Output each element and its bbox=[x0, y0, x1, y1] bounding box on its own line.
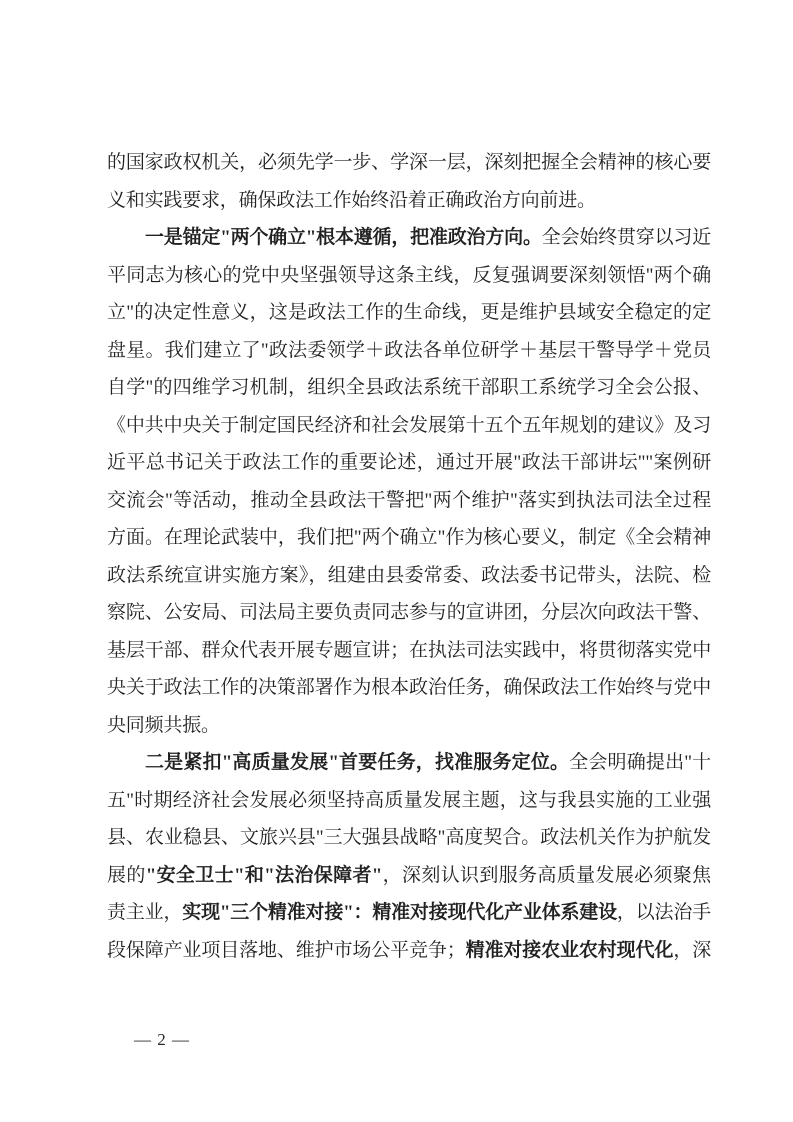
text-line: 近平总书记关于政法工作的重要论述，通过开展"政法干部讲坛""案例研讨 bbox=[107, 444, 711, 482]
text-segment: 近平总书记关于政法工作的重要论述，通过开展"政法干部讲坛""案例研讨 bbox=[107, 452, 711, 482]
text-line: 一是锚定"两个确立"根本遵循，把准政治方向。全会始终贯穿以习近 bbox=[107, 219, 711, 257]
page-number: — 2 — bbox=[134, 1030, 190, 1050]
text-line: 央关于政法工作的决策部署作为根本政治任务，确保政法工作始终与党中 bbox=[107, 669, 711, 707]
document-body: 的国家政权机关，必须先学一步、学深一层，深刻把握全会精神的核心要义和实践要求，确… bbox=[107, 144, 711, 969]
text-line: 《中共中央关于制定国民经济和社会发展第十五个五年规划的建议》及习 bbox=[107, 407, 711, 445]
text-segment: 自学"的四维学习机制，组织全县政法系统干部职工系统学习全会公报、 bbox=[107, 377, 711, 398]
bold-text-segment: "安全卫士"和"法治保障者" bbox=[146, 865, 382, 886]
text-segment: 全会始终贯穿以习近 bbox=[542, 227, 711, 248]
bold-text-segment: 精准对接农业农村现代化 bbox=[466, 940, 674, 961]
text-line: 盘星。我们建立了"政法委领学＋政法各单位研学＋基层干警导学＋党员 bbox=[107, 332, 711, 370]
bold-text-segment: 实现"三个精准对接"：精准对接现代化产业体系建设 bbox=[182, 902, 617, 923]
text-segment: 察院、公安局、司法局主要负责同志参与的宣讲团，分层次向政法干警、 bbox=[107, 602, 711, 623]
text-segment: 平同志为核心的党中央坚强领导这条主线，反复强调要深刻领悟"两个确 bbox=[107, 265, 711, 286]
text-segment: ，深 bbox=[673, 940, 711, 961]
text-line: 立"的决定性意义，这是政法工作的生命线，更是维护县域安全稳定的定 bbox=[107, 294, 711, 332]
text-line: 义和实践要求，确保政法工作始终沿着正确政治方向前进。 bbox=[107, 182, 711, 220]
text-segment: 责主业， bbox=[107, 902, 182, 923]
text-segment: 盘星。我们建立了"政法委领学＋政法各单位研学＋基层干警导学＋党员 bbox=[107, 340, 711, 361]
text-segment: 展的 bbox=[107, 865, 146, 886]
document-page: 的国家政权机关，必须先学一步、学深一层，深刻把握全会精神的核心要义和实践要求，确… bbox=[0, 0, 793, 1122]
text-segment: 五"时期经济社会发展必须坚持高质量发展主题，这与我县实施的工业强 bbox=[107, 790, 711, 811]
text-segment: 央同频共振。 bbox=[107, 715, 220, 736]
text-line: 平同志为核心的党中央坚强领导这条主线，反复强调要深刻领悟"两个确 bbox=[107, 257, 711, 295]
text-segment: 县、农业稳县、文旅兴县"三大强县战略"高度契合。政法机关作为护航发 bbox=[107, 827, 711, 848]
text-line: 方面。在理论武装中，我们把"两个确立"作为核心要义，制定《全会精神 bbox=[107, 519, 711, 557]
text-line: 的国家政权机关，必须先学一步、学深一层，深刻把握全会精神的核心要 bbox=[107, 144, 711, 182]
text-line: 交流会"等活动，推动全县政法干警把"两个维护"落实到执法司法全过程各 bbox=[107, 482, 711, 520]
text-segment: ，以法治手 bbox=[617, 902, 711, 923]
text-line: 五"时期经济社会发展必须坚持高质量发展主题，这与我县实施的工业强 bbox=[107, 782, 711, 820]
page-number-label: — 2 — bbox=[134, 1030, 190, 1049]
text-segment: 的国家政权机关，必须先学一步、学深一层，深刻把握全会精神的核心要 bbox=[107, 152, 711, 173]
text-segment: 段保障产业项目落地、维护市场公平竞争； bbox=[107, 940, 466, 961]
text-segment: 央关于政法工作的决策部署作为根本政治任务，确保政法工作始终与党中 bbox=[107, 677, 711, 698]
text-line: 二是紧扣"高质量发展"首要任务，找准服务定位。全会明确提出"十五 bbox=[107, 744, 711, 782]
text-segment: 义和实践要求，确保政法工作始终沿着正确政治方向前进。 bbox=[107, 190, 596, 211]
text-line: 县、农业稳县、文旅兴县"三大强县战略"高度契合。政法机关作为护航发 bbox=[107, 819, 711, 857]
bold-text-segment: 一是锚定"两个确立"根本遵循，把准政治方向。 bbox=[145, 227, 542, 248]
text-segment: 方面。在理论武装中，我们把"两个确立"作为核心要义，制定《全会精神 bbox=[107, 527, 711, 548]
bold-text-segment: 二是紧扣"高质量发展"首要任务，找准服务定位。 bbox=[145, 752, 569, 773]
text-segment: 基层干部、群众代表开展专题宣讲；在执法司法实践中，将贯彻落实党中 bbox=[107, 640, 711, 661]
text-line: 政法系统宣讲实施方案》，组建由县委常委、政法委书记带头，法院、检 bbox=[107, 557, 711, 595]
text-segment: 《中共中央关于制定国民经济和社会发展第十五个五年规划的建议》及习 bbox=[107, 415, 711, 436]
text-line: 展的"安全卫士"和"法治保障者"，深刻认识到服务高质量发展必须聚焦主 bbox=[107, 857, 711, 895]
text-segment: 立"的决定性意义，这是政法工作的生命线，更是维护县域安全稳定的定 bbox=[107, 302, 711, 323]
text-line: 段保障产业项目落地、维护市场公平竞争；精准对接农业农村现代化，深 bbox=[107, 932, 711, 970]
text-segment: 政法系统宣讲实施方案》，组建由县委常委、政法委书记带头，法院、检 bbox=[107, 565, 711, 586]
text-line: 自学"的四维学习机制，组织全县政法系统干部职工系统学习全会公报、 bbox=[107, 369, 711, 407]
text-line: 责主业，实现"三个精准对接"：精准对接现代化产业体系建设，以法治手 bbox=[107, 894, 711, 932]
text-line: 基层干部、群众代表开展专题宣讲；在执法司法实践中，将贯彻落实党中 bbox=[107, 632, 711, 670]
text-segment: 交流会"等活动，推动全县政法干警把"两个维护"落实到执法司法全过程各 bbox=[107, 490, 711, 520]
text-line: 察院、公安局、司法局主要负责同志参与的宣讲团，分层次向政法干警、 bbox=[107, 594, 711, 632]
text-line: 央同频共振。 bbox=[107, 707, 711, 745]
